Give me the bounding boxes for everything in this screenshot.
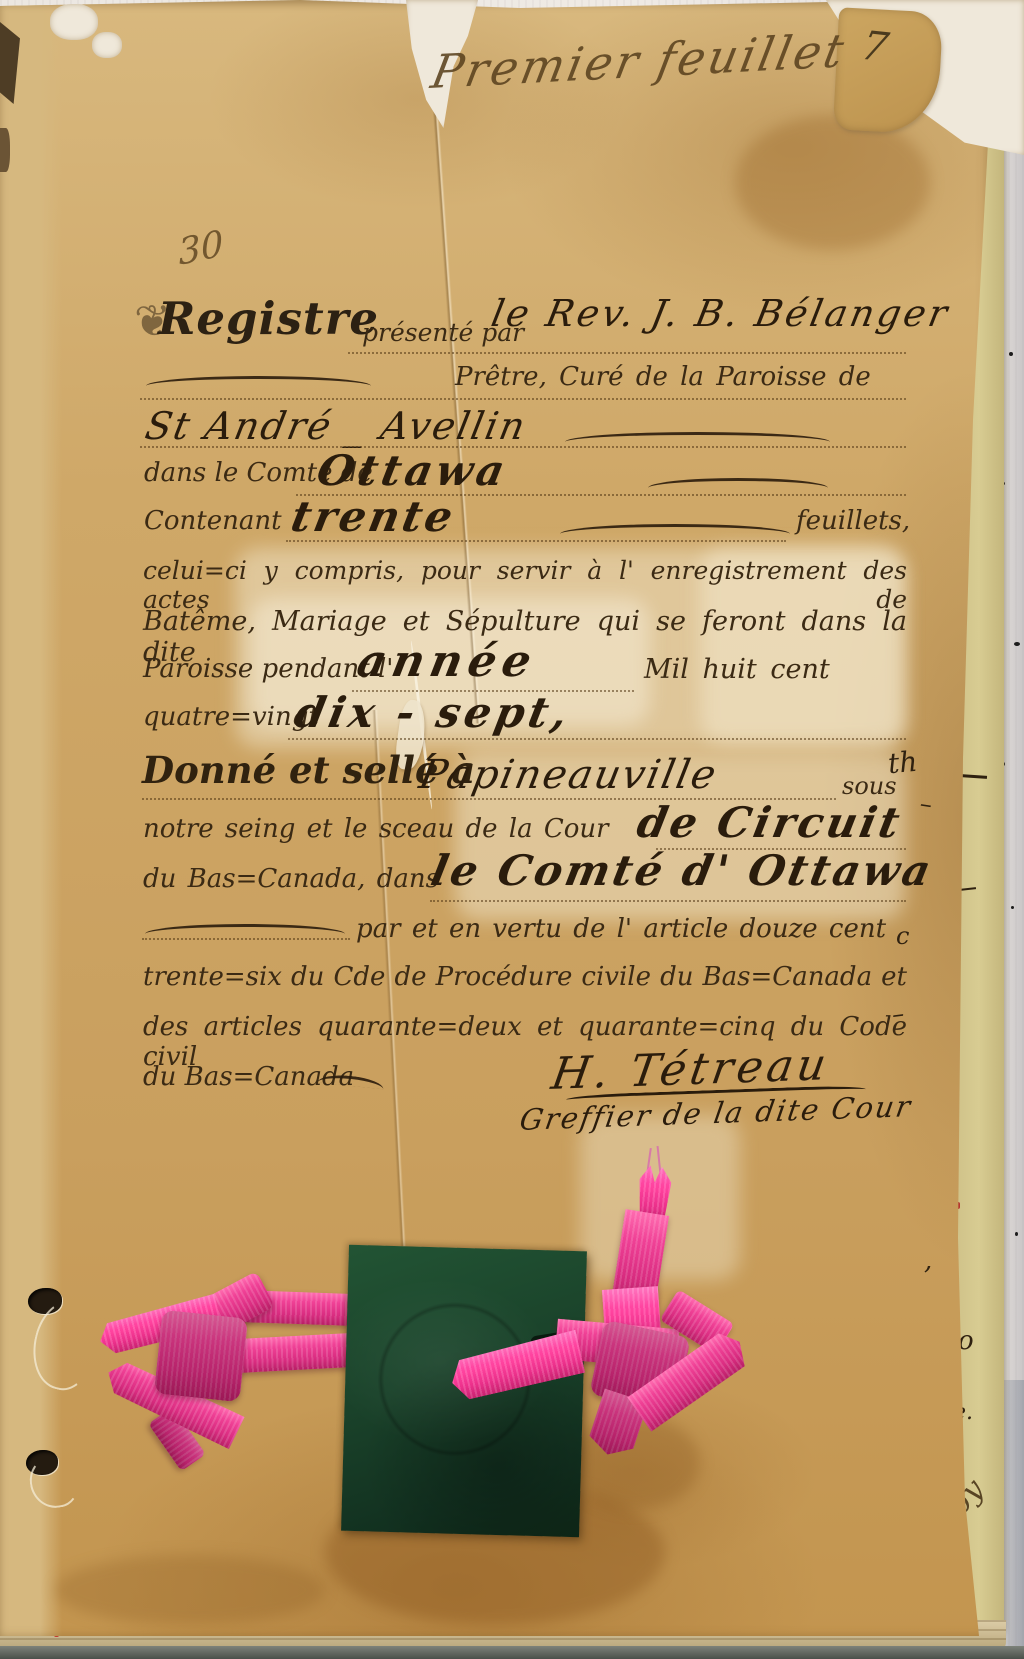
parish-entry: St André _ Avellin bbox=[142, 404, 531, 448]
stain bbox=[735, 115, 930, 250]
seal-line: notre seing et le sceau de la Cour bbox=[143, 814, 609, 844]
lower-canada-line: du Bas=Canada, dans bbox=[143, 864, 439, 894]
ribbon-strand bbox=[225, 1332, 365, 1373]
torn-patch bbox=[50, 4, 98, 40]
mil-label: Mil huit cent bbox=[644, 654, 830, 685]
speck bbox=[1009, 352, 1013, 356]
priest-line: Prêtre, Curé de la Paroisse de bbox=[455, 362, 871, 392]
form-line: trente=six du Cde de Procédure civile du… bbox=[143, 962, 907, 992]
sheets-label: feuillets, bbox=[796, 506, 910, 536]
speck bbox=[1014, 642, 1020, 646]
dotted-rule bbox=[142, 938, 350, 940]
county2-entry: le Comté d' Ottawa bbox=[427, 846, 937, 895]
stain bbox=[55, 1555, 325, 1625]
speck bbox=[1011, 906, 1014, 909]
dotted-rule bbox=[348, 352, 906, 354]
ink-fragment: th bbox=[887, 745, 919, 780]
dark-edge-mark bbox=[0, 128, 10, 172]
presenter-entry: le Rev. J. B. Bélanger bbox=[488, 292, 954, 335]
form-title: Registre bbox=[158, 292, 379, 345]
dotted-rule bbox=[430, 900, 906, 902]
year-entry: dix - sept, bbox=[291, 688, 575, 737]
dotted-rule bbox=[140, 446, 906, 448]
speck bbox=[1015, 1232, 1018, 1236]
dotted-rule bbox=[140, 398, 906, 400]
dotted-rule bbox=[288, 738, 906, 740]
dotted-rule bbox=[286, 540, 786, 542]
ink-fragment: c bbox=[896, 922, 909, 950]
scanned-document: o e. by Premier feuillet 7 30 ❦ Registre… bbox=[0, 0, 1024, 1659]
scan-bottom-band bbox=[0, 1646, 1024, 1659]
ink-fragment: , bbox=[924, 1246, 932, 1276]
year-word-entry: année bbox=[353, 636, 541, 687]
county-entry: Ottawa bbox=[313, 446, 513, 495]
sheets-count-entry: trente bbox=[287, 492, 459, 541]
place-entry: Papineauville bbox=[416, 752, 722, 798]
torn-patch bbox=[92, 32, 122, 58]
ribbon-knot bbox=[154, 1310, 248, 1403]
virtue-line: par et en vertu de l' article douze cent bbox=[356, 914, 886, 944]
containing-label: Contenant bbox=[144, 506, 282, 536]
court-entry: de Circuit bbox=[633, 798, 906, 847]
